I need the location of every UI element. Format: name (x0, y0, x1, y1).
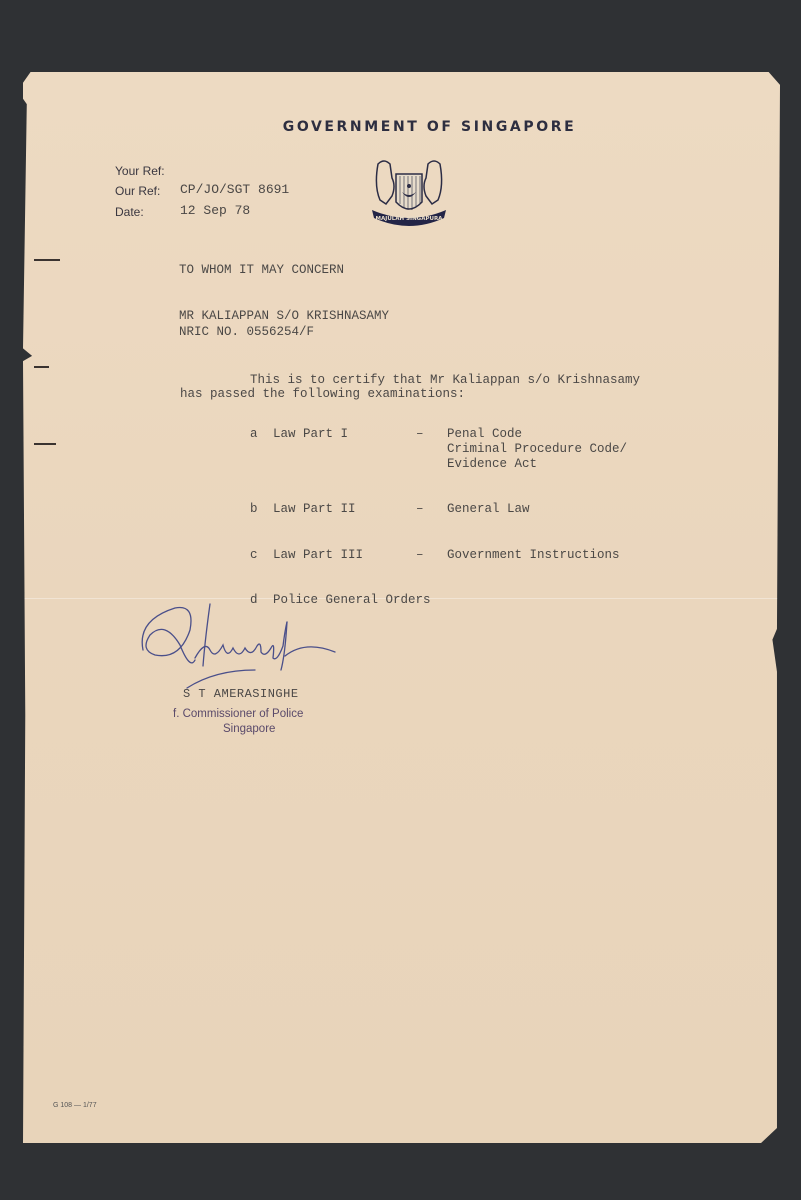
certify-line-1: This is to certify that Mr Kaliappan s/o… (250, 373, 640, 387)
our-ref-value: CP/JO/SGT 8691 (180, 182, 289, 197)
coat-of-arms-icon: MAJULAH SINGAPURA (366, 156, 452, 230)
punch-mark (34, 443, 56, 445)
date-value: 12 Sep 78 (180, 203, 250, 218)
exam-subject: Government Instructions (447, 548, 620, 562)
punch-mark (34, 366, 49, 368)
exam-subject: Penal Code (447, 427, 522, 441)
form-code: G 108 — 1/77 (53, 1102, 97, 1109)
exam-letter: c (250, 548, 258, 562)
date-label: Date: (115, 205, 144, 219)
exam-name: Law Part III (273, 548, 363, 562)
svg-text:MAJULAH SINGAPURA: MAJULAH SINGAPURA (376, 216, 444, 222)
salutation: TO WHOM IT MAY CONCERN (179, 263, 344, 277)
exam-dash: – (416, 502, 424, 516)
exam-subject: General Law (447, 502, 530, 516)
recipient-nric: NRIC NO. 0556254/F (179, 325, 314, 339)
handwritten-signature (135, 600, 345, 690)
exam-subject: Criminal Procedure Code/ (447, 442, 627, 456)
letter-sheet: GOVERNMENT OF SINGAPORE Your Ref: Our Re… (23, 72, 780, 1143)
your-ref-label: Your Ref: (115, 164, 165, 178)
our-ref-label: Our Ref: (115, 184, 160, 198)
exam-dash: – (416, 548, 424, 562)
exam-letter: b (250, 502, 258, 516)
letterhead-title: GOVERNMENT OF SINGAPORE (23, 119, 780, 135)
exam-letter: a (250, 427, 258, 441)
recipient-name: MR KALIAPPAN S/O KRISHNASAMY (179, 309, 389, 323)
exam-subject: Evidence Act (447, 457, 537, 471)
signatory-name: S T AMERASINGHE (183, 687, 299, 701)
stamp-location: Singapore (223, 723, 275, 735)
exam-name: Law Part II (273, 502, 356, 516)
stamp-title: f. Commissioner of Police (173, 708, 303, 720)
punch-mark (34, 259, 60, 261)
exam-name: Law Part I (273, 427, 348, 441)
certify-line-2: has passed the following examinations: (180, 387, 465, 401)
exam-dash: – (416, 427, 424, 441)
